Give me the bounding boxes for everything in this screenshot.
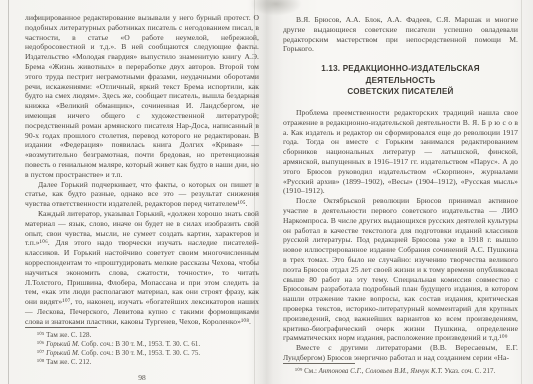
footnote-text: Там же. С. 128. [44, 331, 91, 339]
footnote-text: Собр. соч.: В 30 т. М., 1953. Т. 30. С. … [80, 349, 201, 357]
right-page: В.Я. Брюсов, А.А. Блок, А.А. Фадеев, С.Я… [282, 0, 520, 384]
paragraph: Далее Горький подчеркивает, что факты, о… [25, 180, 259, 209]
page-number: 98 [25, 373, 259, 382]
paragraph: лифицированное редактирование вызывали у… [25, 13, 259, 180]
footnote-text: Собр. соч.: В 30 т. М., 1953. Т. 30. С. … [80, 340, 201, 348]
footnote-text: Указ. соч. С. 217. [443, 367, 496, 375]
footnote: ¹⁰⁶ Горький М. Собр. соч.: В 30 т. М., 1… [25, 340, 259, 349]
paragraph: Проблема преемственности редакторских тр… [283, 108, 518, 196]
left-page: лифицированное редактирование вызывали у… [9, 0, 261, 384]
right-page-edge-line [521, 0, 522, 384]
footnote: ¹⁰⁵ Там же. С. 128. [25, 331, 259, 340]
paragraph: Вместе с другими литераторами (В.В. Вере… [283, 343, 518, 363]
footnote-authors: Антонова С.Г., Соловьев В.И., Ямчук К.Т. [319, 367, 443, 375]
footnote: ¹⁰⁷ Горький М. Собр. соч.: В 30 т. М., 1… [25, 349, 259, 358]
section-heading-line1: 1.13. РЕДАКЦИОННО-ИЗДАТЕЛЬСКАЯ ДЕЯТЕЛЬНО… [288, 63, 514, 86]
paragraph: В.Я. Брюсов, А.А. Блок, А.А. Фадеев, С.Я… [283, 15, 518, 54]
paragraph: После Октябрьской революции Брюсов прини… [283, 196, 518, 343]
footnote: ¹⁰⁸ Там же. С. 212. [25, 358, 259, 367]
section-heading: 1.13. РЕДАКЦИОННО-ИЗДАТЕЛЬСКАЯ ДЕЯТЕЛЬНО… [288, 63, 514, 98]
right-footnote-area: ¹⁰⁹ См.: Антонова С.Г., Соловьев В.И., Я… [283, 363, 518, 384]
left-page-body: лифицированное редактирование вызывали у… [25, 13, 259, 327]
footnote-separator-rule [25, 327, 97, 328]
footnote-separator-rule [283, 363, 355, 364]
footnote-text: Там же. С. 212. [44, 358, 91, 366]
left-page-footer: 98 [25, 373, 259, 383]
footnote-author: Горький М. [44, 340, 79, 348]
right-page-body: В.Я. Брюсов, А.А. Блок, А.А. Фадеев, С.Я… [283, 15, 518, 363]
book-scan: лифицированное редактирование вызывали у… [0, 0, 533, 384]
footnote-author: Горький М. [44, 349, 79, 357]
footnote-prefix: См.: [302, 367, 318, 375]
left-footnote-area: ¹⁰⁵ Там же. С. 128. ¹⁰⁶ Горький М. Собр.… [25, 327, 259, 383]
section-heading-line2: СОВЕТСКИХ ПИСАТЕЛЕЙ [288, 86, 514, 98]
footnote: ¹⁰⁹ См.: Антонова С.Г., Соловьев В.И., Я… [283, 367, 518, 376]
paragraph: Каждый литератор, указывал Горький, «дол… [25, 209, 259, 327]
